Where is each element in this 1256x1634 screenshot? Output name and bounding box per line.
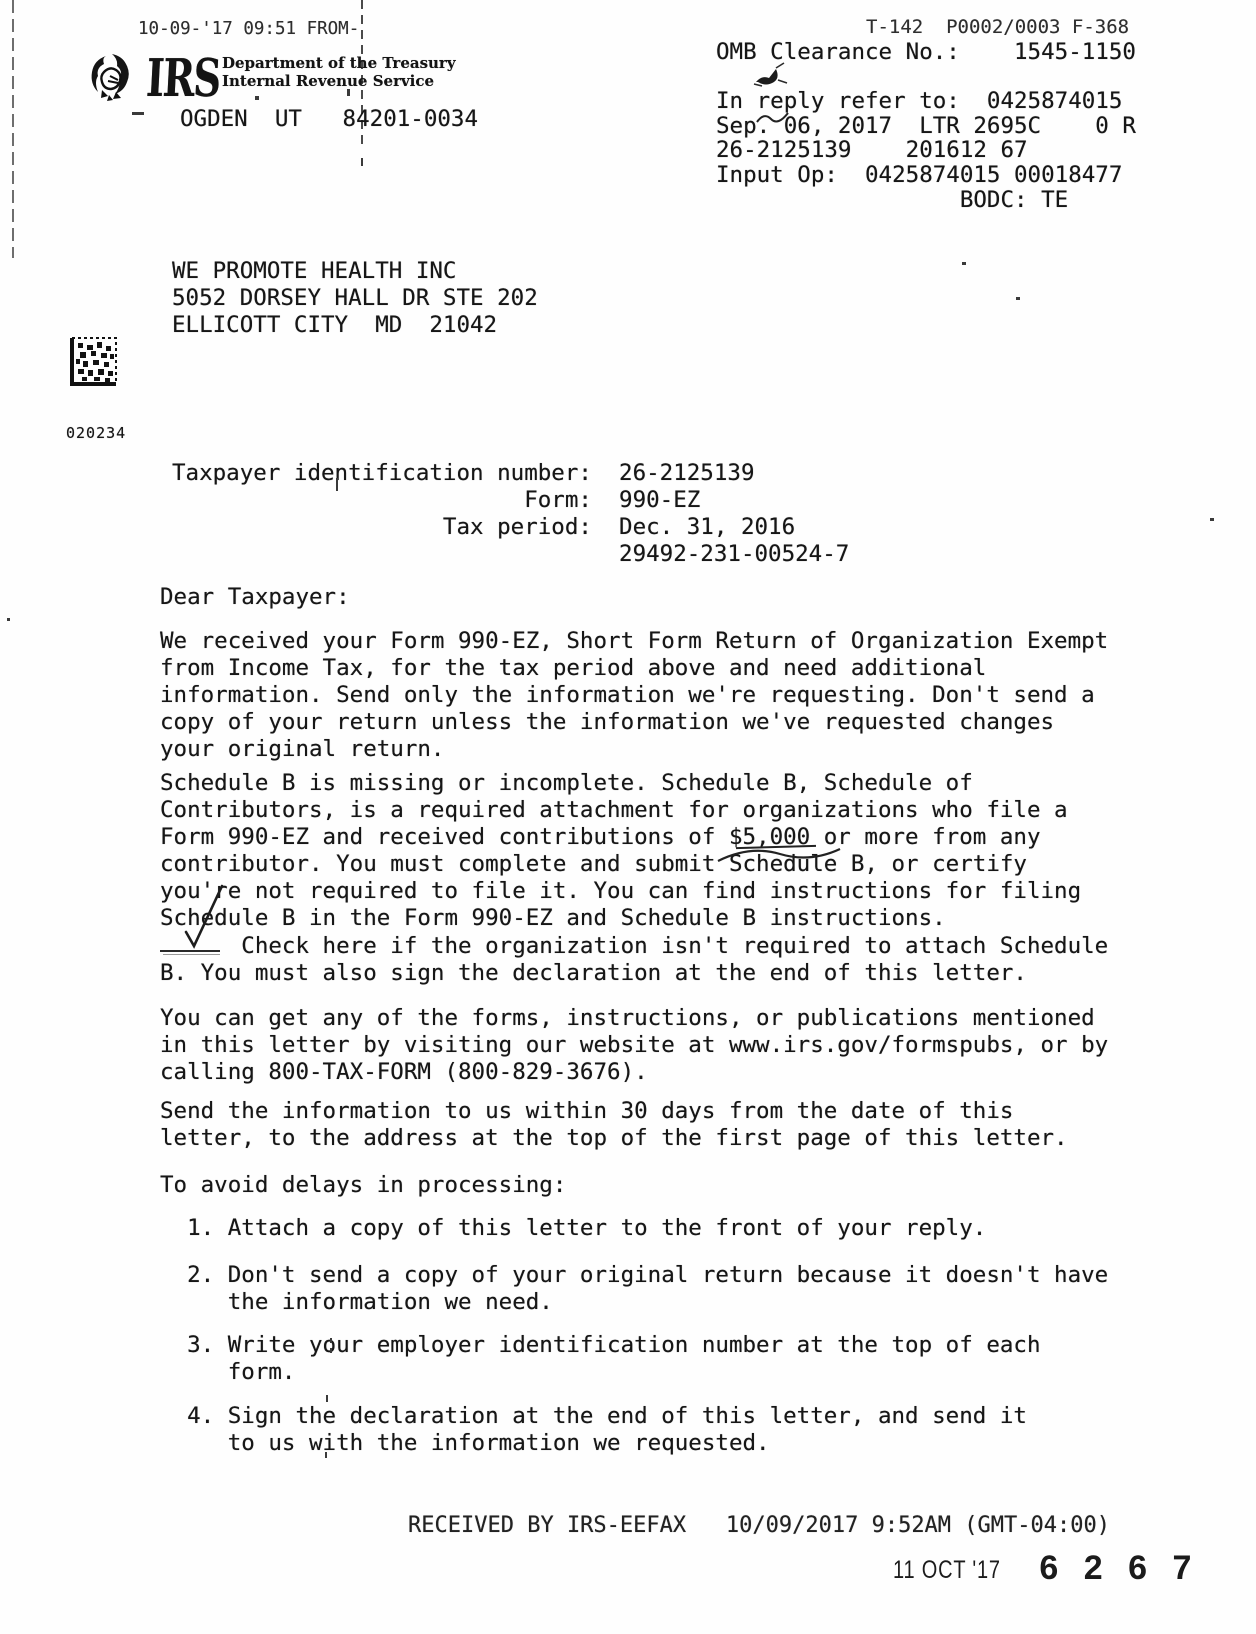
toner-speck <box>132 112 144 115</box>
fax-received-line: RECEIVED BY IRS-EEFAX 10/09/2017 9:52AM … <box>408 1512 1110 1539</box>
ink-scribble-mark <box>752 60 798 90</box>
toner-speck <box>962 262 966 265</box>
tax-info-block: Taxpayer identification number: 26-21251… <box>172 460 849 568</box>
hand-swoosh-mark <box>716 846 842 864</box>
paragraph-1: We received your Form 990-EZ, Short Form… <box>160 628 1108 763</box>
toner-speck <box>330 1348 332 1353</box>
list-item-2: 2. Don't send a copy of your original re… <box>160 1262 1108 1316</box>
stamp-number: 6 2 6 7 <box>1039 1549 1199 1588</box>
toner-speck <box>7 618 10 621</box>
datamatrix-barcode <box>70 336 118 386</box>
mail-code: 020234 <box>66 420 126 447</box>
fax-banner-right: T-142 P0002/0003 F-368 <box>866 14 1129 41</box>
scanned-letter-page: 10-09-'17 09:51 FROM- T-142 P0002/0003 F… <box>0 0 1256 1634</box>
toner-speck <box>1210 518 1214 521</box>
agency-name: Department of the Treasury Internal Reve… <box>222 55 456 90</box>
paragraph-2: Schedule B is missing or incomplete. Sch… <box>160 770 1081 932</box>
date-received-stamp: 11 OCT '17 6 2 6 7 <box>893 1548 1199 1587</box>
list-item-1: 1. Attach a copy of this letter to the f… <box>160 1215 986 1242</box>
fax-banner-left: 10-09-'17 09:51 FROM- <box>138 16 359 43</box>
sender-address: OGDEN UT 84201-0034 <box>180 106 478 133</box>
toner-speck <box>347 89 350 96</box>
paragraph-3: You can get any of the forms, instructio… <box>160 1005 1108 1086</box>
toner-speck <box>255 96 259 100</box>
toner-speck <box>326 1395 328 1402</box>
list-item-3: 3. Write your employer identification nu… <box>160 1332 1041 1386</box>
toner-speck <box>325 1452 327 1458</box>
irs-wordmark: IRS <box>145 48 221 109</box>
paragraph-4: Send the information to us within 30 day… <box>160 1098 1068 1152</box>
list-item-4: 4. Sign the declaration at the end of th… <box>160 1403 1027 1457</box>
toner-speck <box>336 478 338 491</box>
pen-squiggle-mark <box>756 110 790 126</box>
stamp-date: 11 OCT '17 <box>893 1556 1001 1585</box>
recipient-address: WE PROMOTE HEALTH INC 5052 DORSEY HALL D… <box>172 258 538 339</box>
list-intro: To avoid delays in processing: <box>160 1172 566 1199</box>
toner-speck <box>330 1338 332 1343</box>
scan-fold-line-left <box>12 0 14 258</box>
toner-speck <box>361 158 363 166</box>
salutation: Dear Taxpayer: <box>160 584 350 611</box>
check-here-line: Check here if the organization isn't req… <box>160 933 1108 987</box>
toner-speck <box>1016 297 1020 300</box>
irs-eagle-logo-icon <box>86 50 146 106</box>
